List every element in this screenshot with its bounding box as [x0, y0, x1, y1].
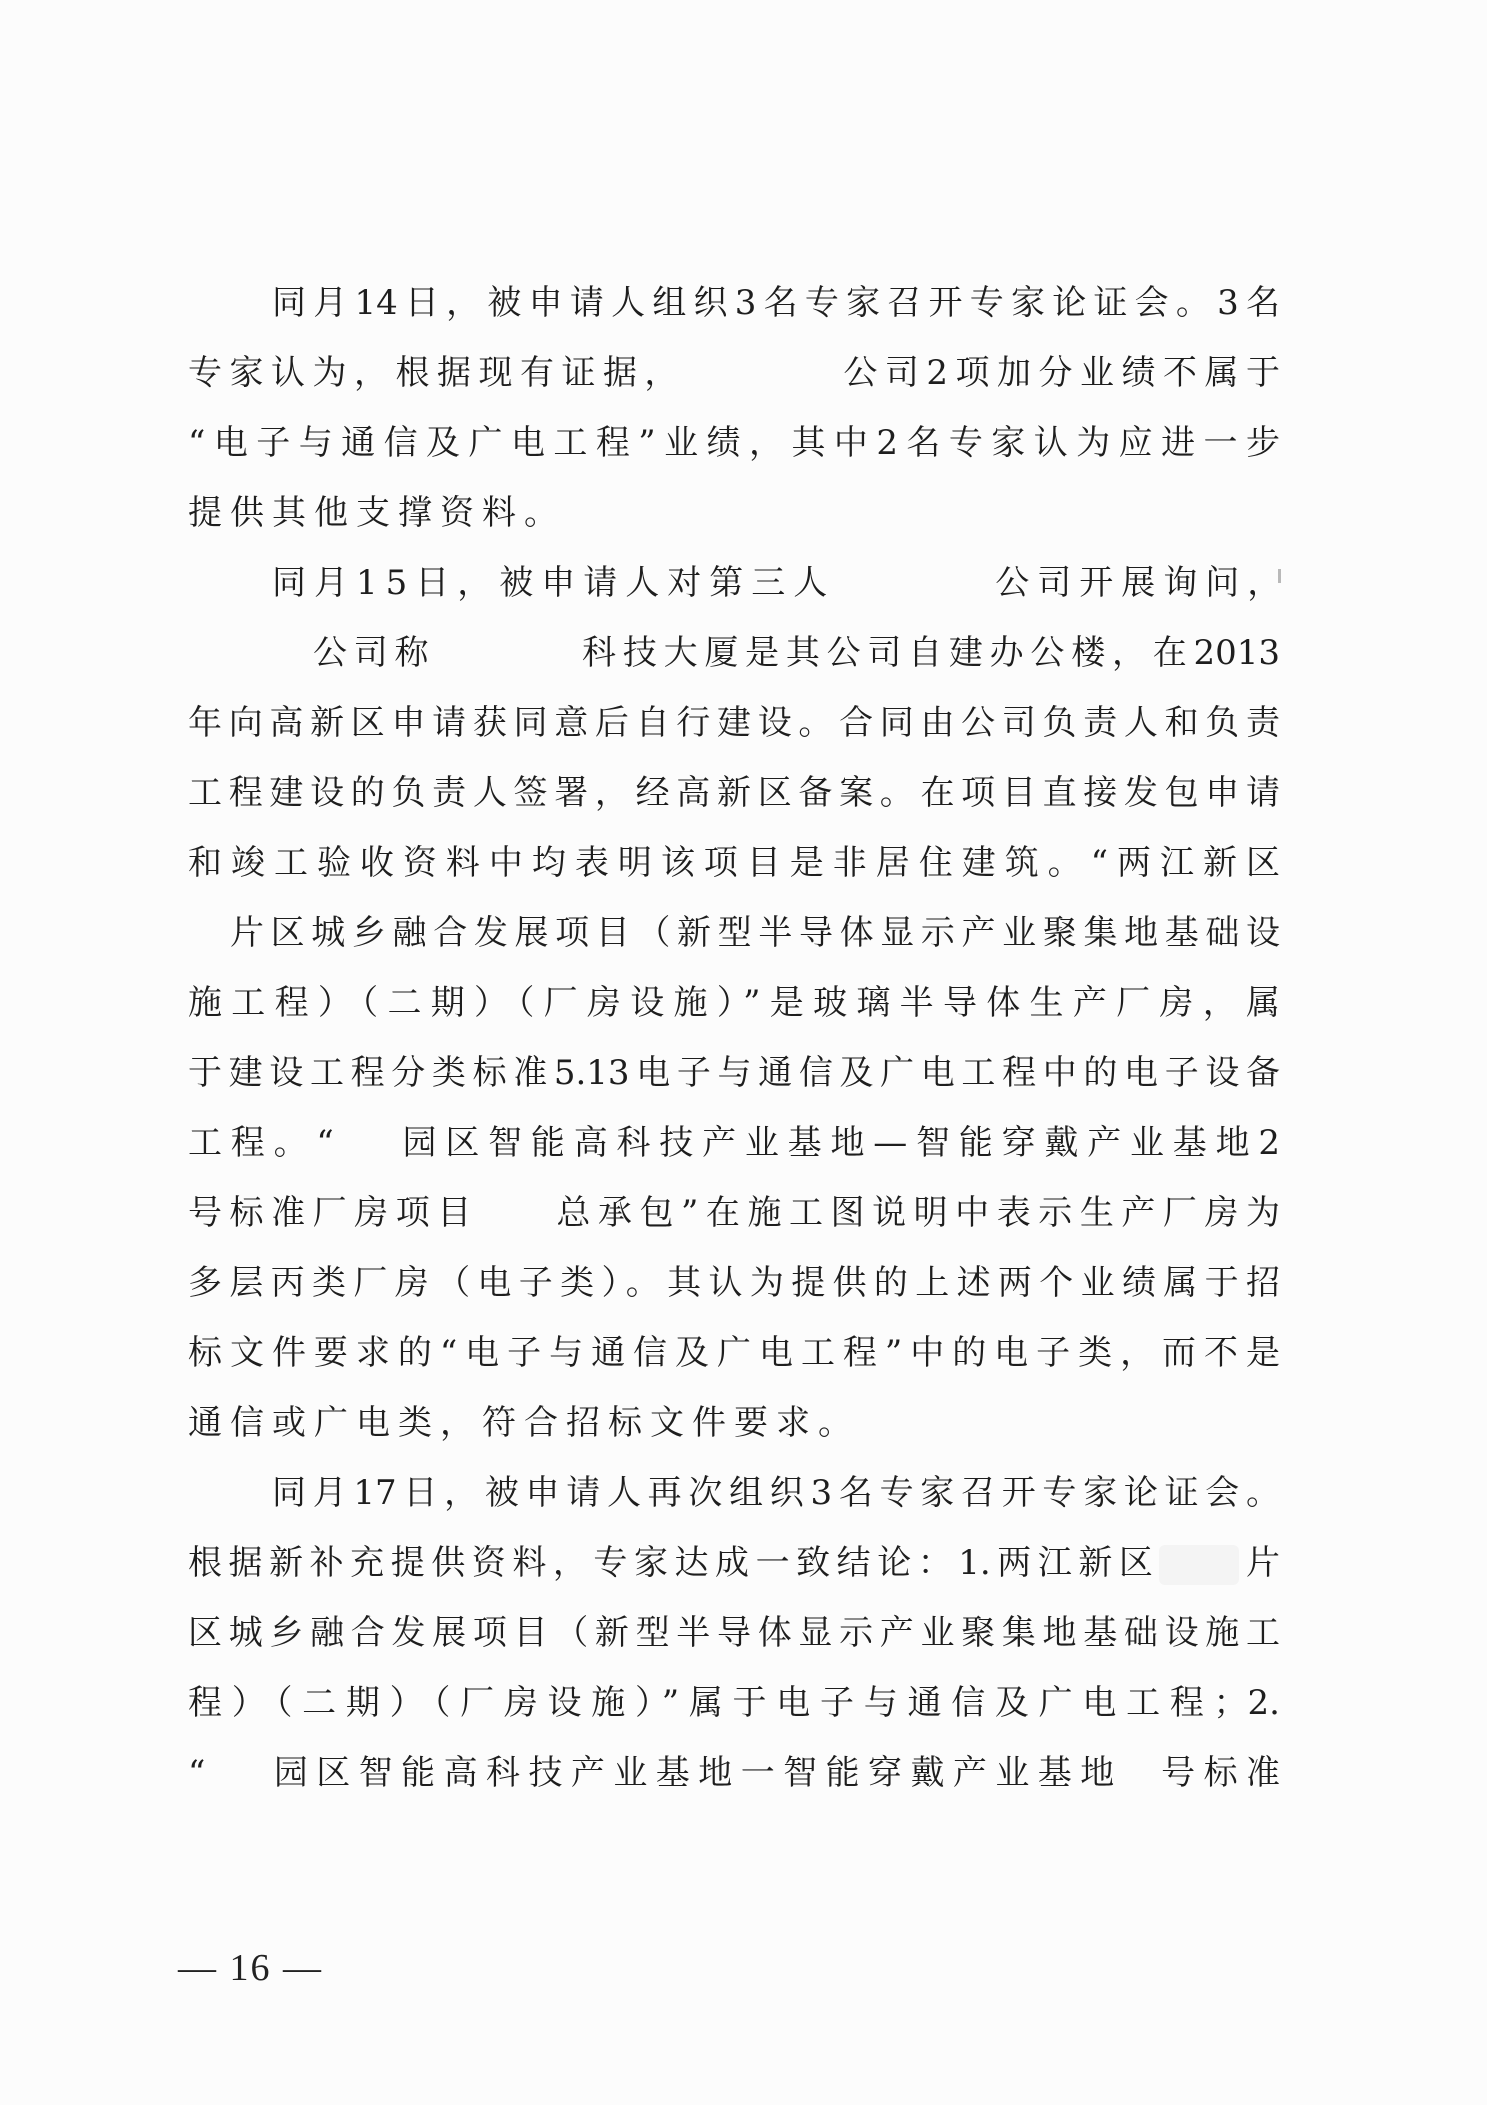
paragraph-2-line-1: 同月15日，被申请人对第三人公司开展询问， — [272, 559, 1280, 607]
paragraph-2-line-7: 施工程）（二期）（厂房设施）”是玻璃半导体生产厂房，属 — [188, 979, 1280, 1027]
text-segment: 科技大厦是其公司自建办公楼，在2013 — [575, 633, 1280, 673]
text-segment: “ — [188, 1753, 205, 1793]
paragraph-2-line-8: 于建设工程分类标准5.13电子与通信及广电工程中的电子设备 — [188, 1049, 1280, 1097]
text-segment: 公司2项加分业绩不属于 — [836, 353, 1280, 393]
text-segment: 公司称 — [313, 633, 435, 673]
page-number: — 16 — — [178, 1946, 323, 1990]
text-segment: 片 — [1239, 1543, 1280, 1583]
redaction-block — [1159, 1545, 1239, 1585]
text-segment: 总承包”在施工图说明中表示生产厂房为 — [549, 1193, 1280, 1233]
paragraph-2-line-9: 工程。“园区智能高科技产业基地—智能穿戴产业基地2 — [188, 1119, 1280, 1167]
paragraph-2-line-3: 年向高新区申请获同意后自行建设。合同由公司负责人和负责 — [188, 699, 1280, 747]
paragraph-2-line-12: 标文件要求的“电子与通信及广电工程”中的电子类，而不是 — [188, 1329, 1280, 1377]
text-segment: 公司开展询问， — [995, 563, 1289, 603]
paragraph-2-line-5: 和竣工验收资料中均表明该项目是非居住建筑。“两江新区 — [188, 839, 1280, 887]
paragraph-1-line-2: 专家认为，根据现有证据，公司2项加分业绩不属于 — [188, 349, 1280, 397]
paragraph-2-line-11: 多层丙类厂房（电子类）。其认为提供的上述两个业绩属于招 — [188, 1259, 1280, 1307]
paragraph-3-line-4: 程）（二期）（厂房设施）”属于电子与通信及广电工程；2. — [188, 1679, 1280, 1727]
paragraph-3-line-3: 区城乡融合发展项目（新型半导体显示产业聚集地基础设施工 — [188, 1609, 1280, 1657]
paragraph-2-line-2: 公司称科技大厦是其公司自建办公楼，在2013 — [313, 629, 1280, 677]
paragraph-2-line-13: 通信或广电类，符合招标文件要求。 — [188, 1399, 1280, 1447]
text-segment: 号标准 — [1153, 1753, 1280, 1793]
paragraph-1-line-4: 提供其他支撑资料。 — [188, 489, 1280, 537]
text-segment: 工程。“ — [188, 1123, 334, 1163]
text-segment: 同月15日，被申请人对第三人 — [272, 563, 835, 603]
paragraph-2-line-6: 片区城乡融合发展项目（新型半导体显示产业聚集地基础设 — [230, 909, 1280, 957]
text-segment: 号标准厂房项目 — [188, 1193, 479, 1233]
document-page: 同月14日，被申请人组织3名专家召开专家论证会。3名 专家认为，根据现有证据，公… — [0, 0, 1487, 2105]
text-segment: 园区智能高科技产业基地一智能穿戴产业基地 — [265, 1753, 1122, 1793]
paragraph-1-line-3: “电子与通信及广电工程”业绩，其中2名专家认为应进一步 — [188, 419, 1280, 467]
paragraph-3-line-5: “园区智能高科技产业基地一智能穿戴产业基地号标准 — [188, 1749, 1280, 1797]
paragraph-3-line-1: 同月17日，被申请人再次组织3名专家召开专家论证会。 — [272, 1469, 1280, 1517]
scan-artifact-mark — [1278, 569, 1281, 583]
paragraph-2-line-4: 工程建设的负责人签署，经高新区备案。在项目直接发包申请 — [188, 769, 1280, 817]
paragraph-2-line-10: 号标准厂房项目总承包”在施工图说明中表示生产厂房为 — [188, 1189, 1280, 1237]
text-segment: 专家认为，根据现有证据， — [188, 353, 686, 393]
text-segment: 根据新补充提供资料，专家达成一致结论：1.两江新区 — [188, 1543, 1159, 1583]
paragraph-1-line-1: 同月14日，被申请人组织3名专家召开专家论证会。3名 — [272, 279, 1280, 327]
text-segment: 园区智能高科技产业基地—智能穿戴产业基地2 — [394, 1123, 1280, 1163]
paragraph-3-line-2: 根据新补充提供资料，专家达成一致结论：1.两江新区片 — [188, 1539, 1280, 1587]
